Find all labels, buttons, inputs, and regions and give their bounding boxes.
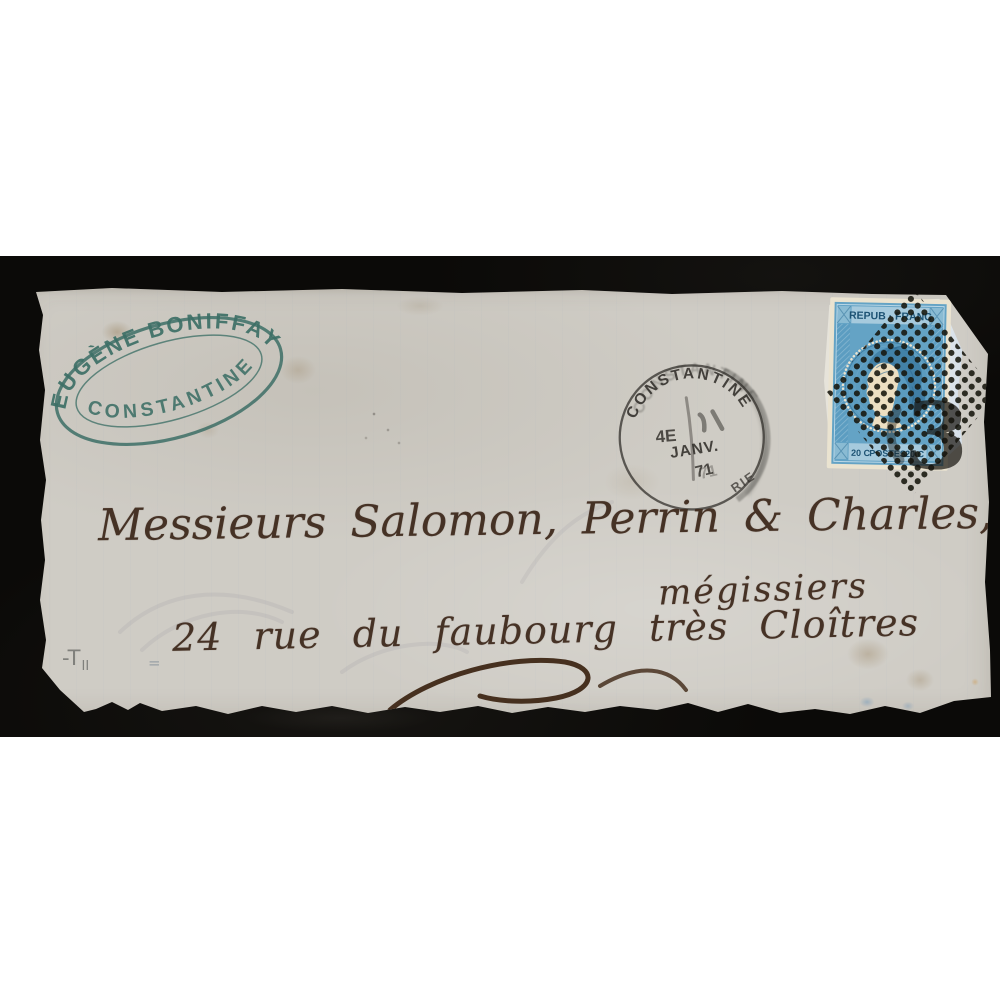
scan-page: EUGÈNE BONIFFAY CONSTANTINE CONSTANTINE … bbox=[0, 0, 1000, 1000]
photo-background: EUGÈNE BONIFFAY CONSTANTINE CONSTANTINE … bbox=[0, 256, 1000, 737]
gc-dot-cancel: 3 bbox=[813, 282, 1000, 502]
cancel-numeral-text: 3 bbox=[902, 381, 972, 492]
pencil-equals-mark: = bbox=[148, 654, 161, 672]
signature-flourish bbox=[360, 646, 740, 731]
cds-year-smudge: 71 bbox=[698, 462, 719, 483]
pencil-expertise-main: -T bbox=[62, 646, 80, 670]
cds-day-smudge bbox=[700, 414, 705, 430]
envelope-cover: EUGÈNE BONIFFAY CONSTANTINE CONSTANTINE … bbox=[22, 282, 994, 718]
pencil-expertise-sub: II bbox=[81, 659, 89, 674]
pencil-expertise-mark: -TII bbox=[62, 646, 88, 670]
cds-day-smudge-2 bbox=[713, 411, 723, 430]
